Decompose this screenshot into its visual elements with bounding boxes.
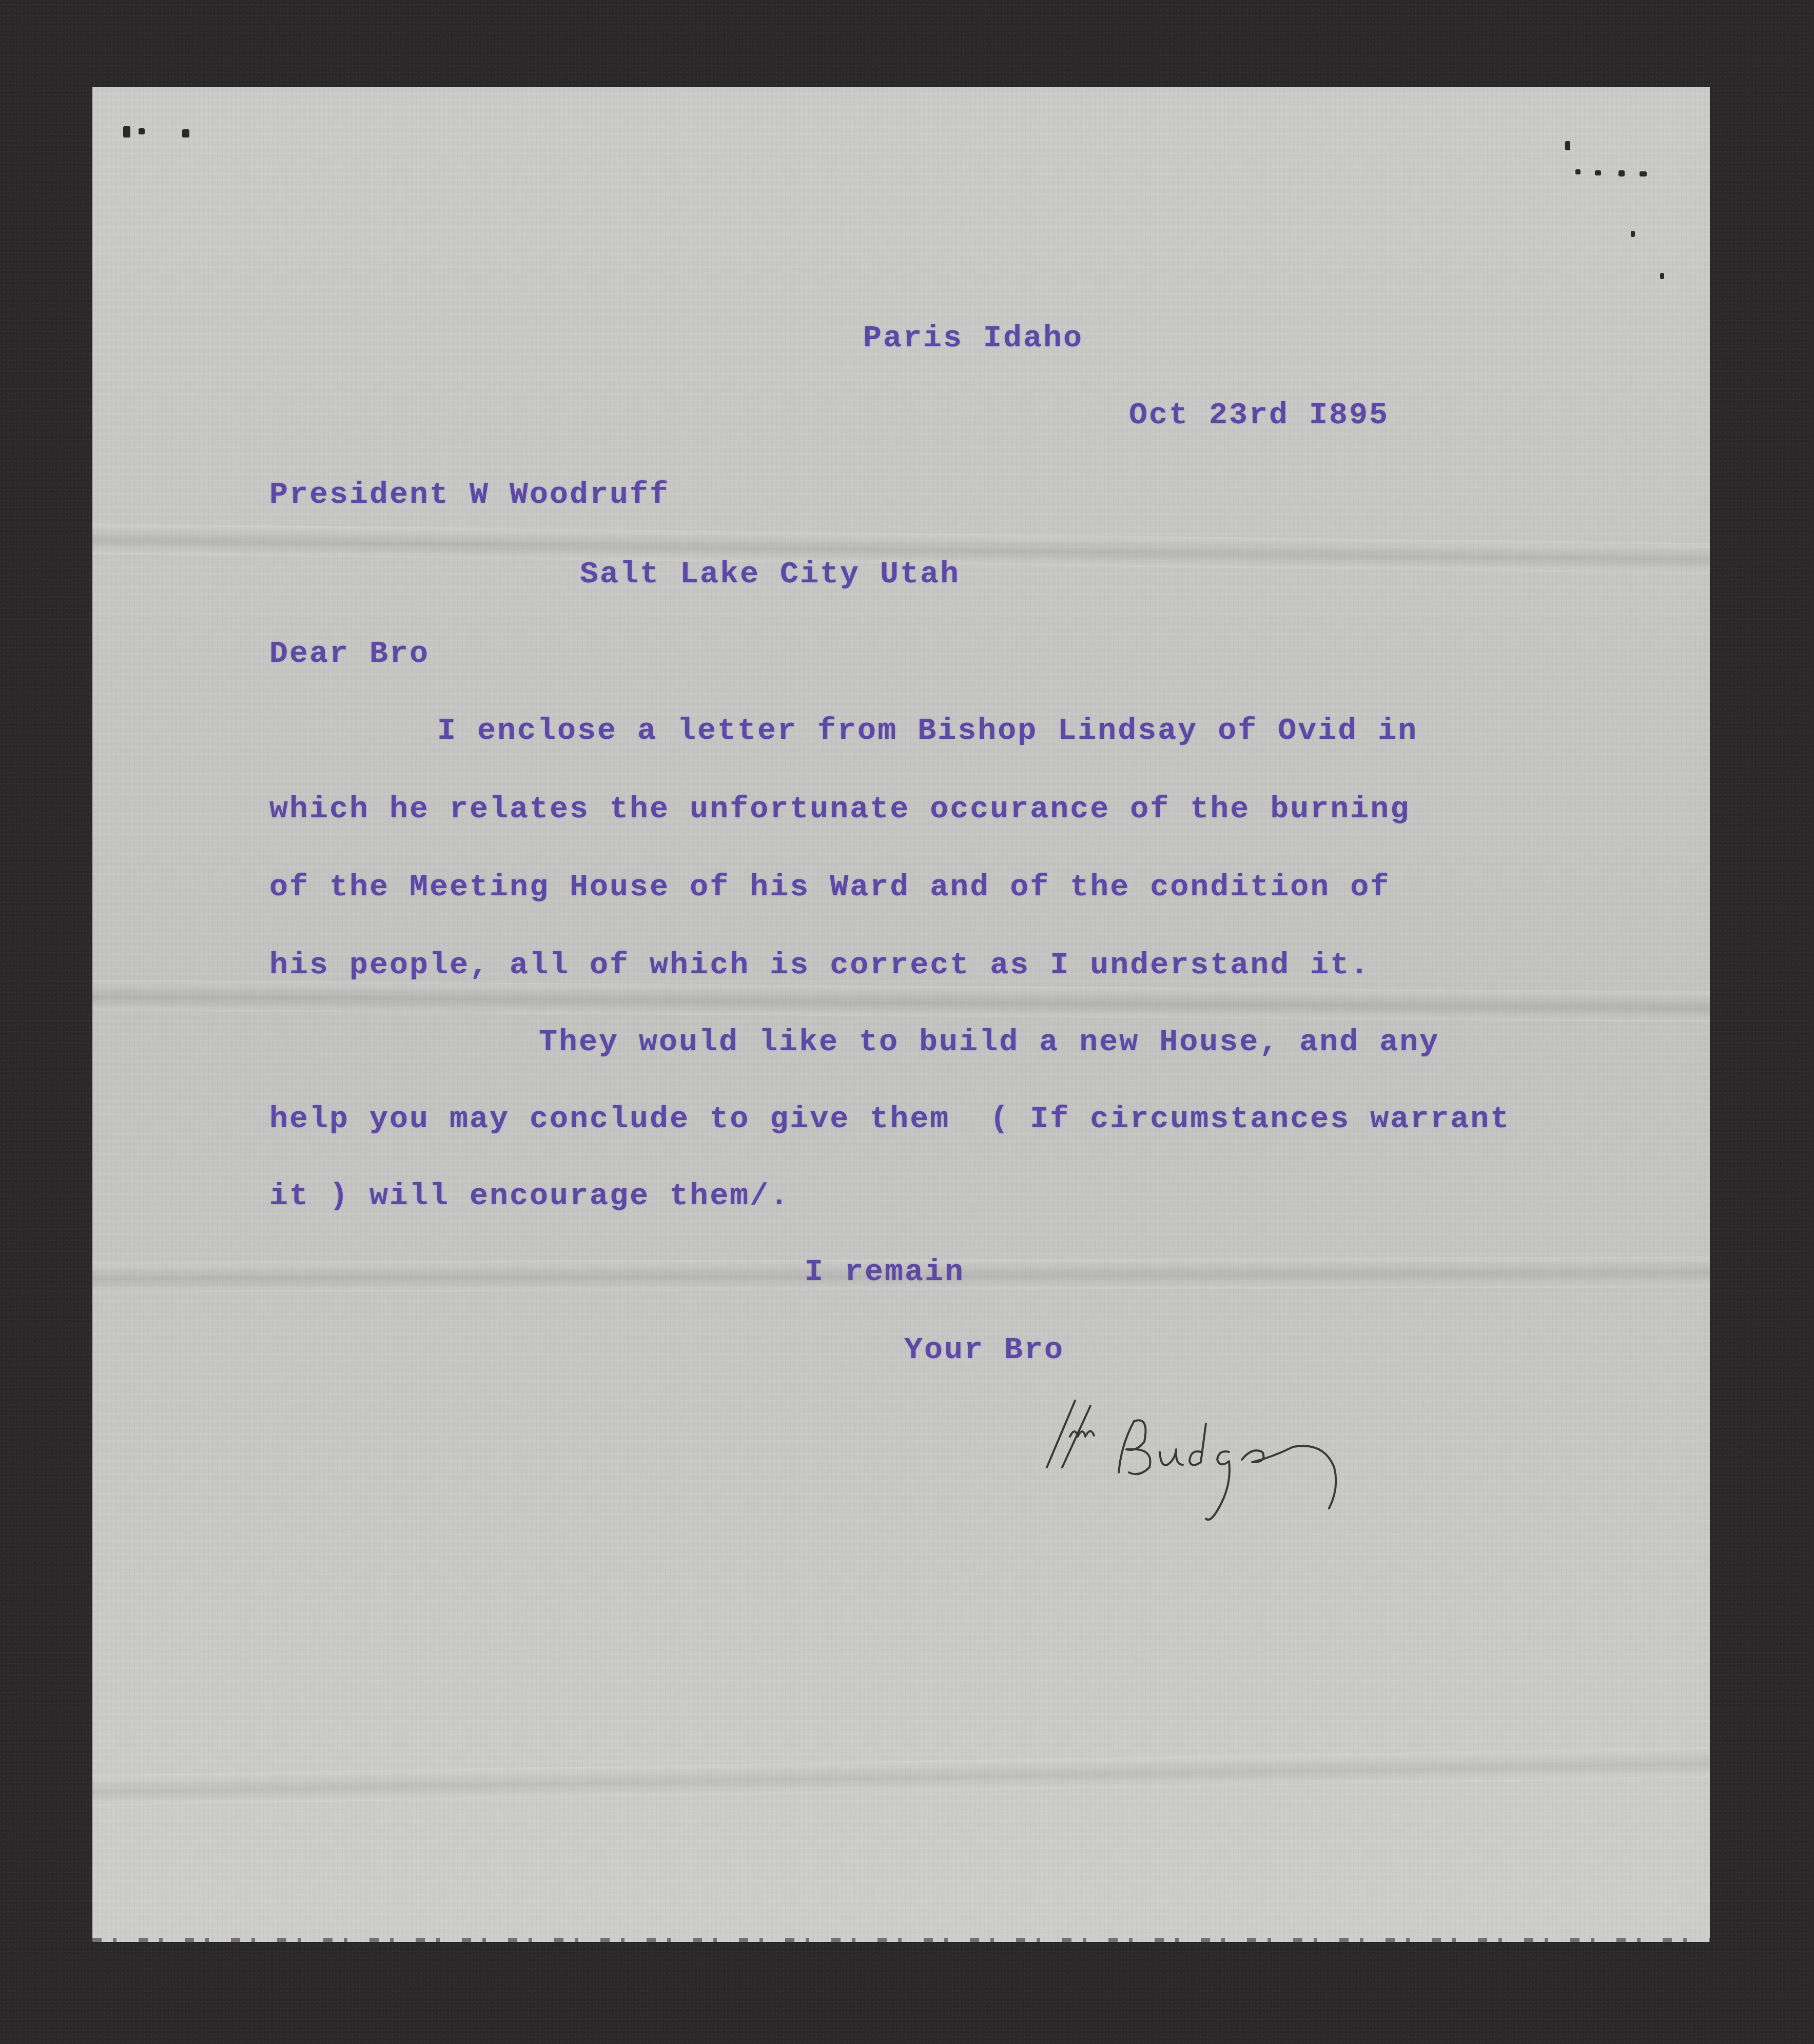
body-line: it ) will encourage them/. [269,1181,790,1212]
letter-place: Paris Idaho [863,323,1083,354]
letter-paper [92,87,1710,1942]
pin-hole [182,129,189,137]
body-line: of the Meeting House of his Ward and of … [269,872,1390,903]
body-line: which he relates the unfortunate occuran… [269,794,1410,825]
closing-remain: I remain [805,1257,965,1288]
pin-hole [1565,141,1570,150]
salutation: Dear Bro [269,639,430,670]
paper-fold [92,980,1710,1022]
torn-edge [92,1938,1710,1945]
pin-hole [1640,171,1647,176]
paper-fold [92,1747,1710,1806]
pin-hole [1660,273,1664,279]
closing-your-bro: Your Bro [904,1335,1064,1366]
body-line: his people, all of which is correct as I… [269,950,1370,981]
pin-hole [1595,170,1601,175]
pin-hole [123,126,130,137]
pin-hole [1575,169,1581,174]
body-line: help you may conclude to give them ( If … [269,1104,1510,1135]
pin-hole [1618,170,1625,176]
pin-hole [1631,231,1635,237]
handwritten-signature [1026,1396,1468,1529]
body-line: I enclose a letter from Bishop Lindsay o… [437,716,1418,746]
recipient-address: Salt Lake City Utah [580,559,960,590]
pin-hole [139,128,145,134]
letter-date: Oct 23rd I895 [1129,400,1389,431]
recipient-name: President W Woodruff [269,480,670,510]
body-line: They would like to build a new House, an… [539,1027,1439,1058]
